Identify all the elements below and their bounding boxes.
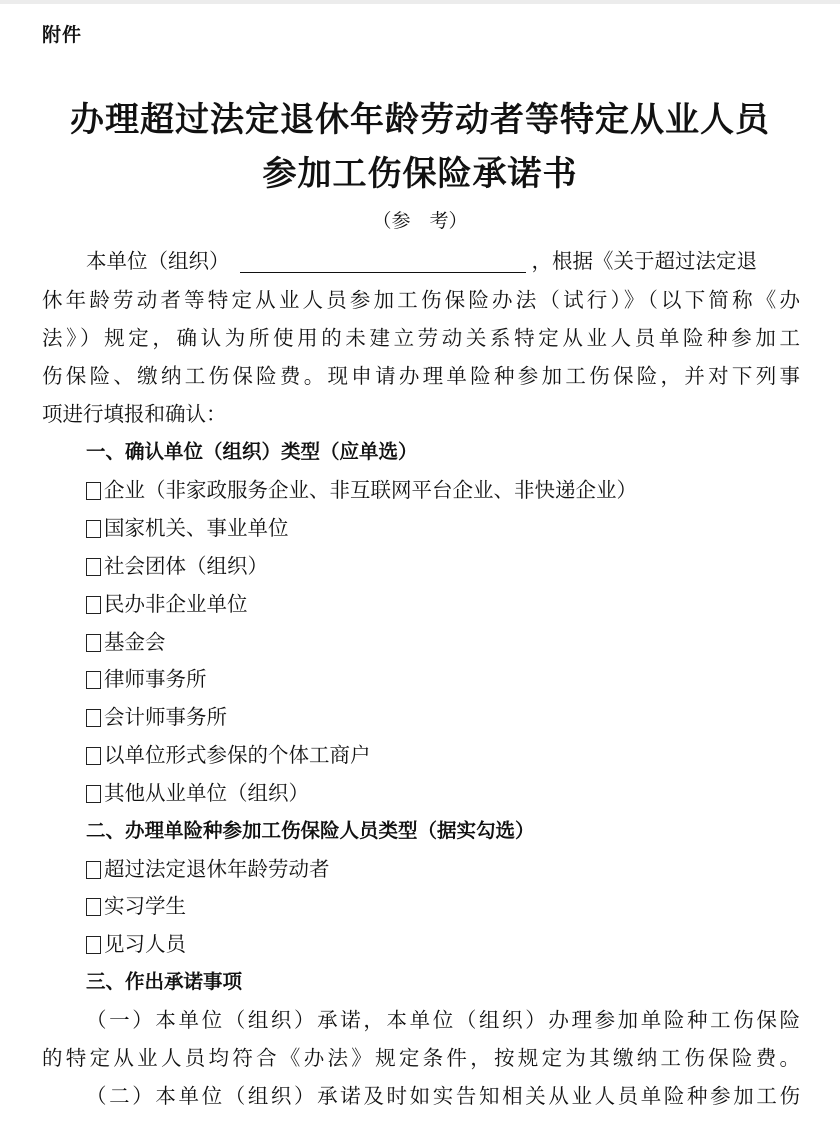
checkbox-icon[interactable]: [86, 709, 101, 727]
checkbox-icon[interactable]: [86, 747, 101, 765]
org-type-option-enterprise[interactable]: 企业（非家政服务企业、非互联网平台企业、非快递企业）: [86, 478, 840, 502]
option-label: 社会团体（组织）: [104, 554, 268, 578]
org-type-option-foundation[interactable]: 基金会: [86, 630, 840, 654]
commitment-1-line-1: （一）本单位（组织）承诺，本单位（组织）办理参加单险种工伤保险: [86, 1008, 800, 1032]
option-label: 会计师事务所: [104, 705, 227, 729]
commitment-1-line-2: 的特定从业人员均符合《办法》规定条件，按规定为其缴纳工伤保险费。: [42, 1046, 800, 1070]
checkbox-icon[interactable]: [86, 898, 101, 916]
option-label: 国家机关、事业单位: [104, 516, 289, 540]
checkbox-icon[interactable]: [86, 861, 101, 879]
option-label: 超过法定退休年龄劳动者: [104, 857, 330, 881]
section-1-heading: 一、确认单位（组织）类型（应单选）: [86, 440, 840, 464]
intro-line-3: 法》）规定，确认为所使用的未建立劳动关系特定从业人员单险种参加工: [42, 326, 800, 350]
page-top-edge: [0, 0, 840, 4]
document-title-line-1: 办理超过法定退休年龄劳动者等特定从业人员: [0, 92, 840, 141]
commitment-2-line-1: （二）本单位（组织）承诺及时如实告知相关从业人员单险种参加工伤: [86, 1084, 800, 1108]
option-label: 以单位形式参保的个体工商户: [104, 743, 371, 767]
document-subtitle: （参 考）: [0, 206, 840, 233]
intro-suffix: ，根据《关于超过法定退: [532, 249, 758, 273]
checkbox-icon[interactable]: [86, 520, 101, 538]
document-title-line-2: 参加工伤保险承诺书: [0, 146, 840, 195]
org-type-option-law-firm[interactable]: 律师事务所: [86, 667, 840, 691]
intro-line-2: 休年龄劳动者等特定从业人员参加工伤保险办法（试行）》（以下简称《办: [42, 288, 800, 312]
checkbox-icon[interactable]: [86, 596, 101, 614]
person-type-option-over-retirement-age[interactable]: 超过法定退休年龄劳动者: [86, 857, 840, 881]
org-type-option-private-non-enterprise[interactable]: 民办非企业单位: [86, 592, 840, 616]
intro-line-5: 项进行填报和确认：: [42, 402, 802, 426]
intro-prefix: 本单位（组织）: [86, 249, 230, 273]
option-label: 见习人员: [104, 932, 186, 956]
person-type-option-trainee[interactable]: 见习人员: [86, 932, 840, 956]
option-label: 实习学生: [104, 894, 186, 918]
intro-line-1: 本单位（组织） ，根据《关于超过法定退: [86, 249, 800, 273]
intro-line-4: 伤保险、缴纳工伤保险费。现申请办理单险种参加工伤保险，并对下列事: [42, 364, 800, 388]
org-type-option-individual-business[interactable]: 以单位形式参保的个体工商户: [86, 743, 840, 767]
checkbox-icon[interactable]: [86, 482, 101, 500]
person-type-option-intern-student[interactable]: 实习学生: [86, 894, 840, 918]
option-label: 其他从业单位（组织）: [104, 781, 309, 805]
checkbox-icon[interactable]: [86, 671, 101, 689]
org-type-option-social-group[interactable]: 社会团体（组织）: [86, 554, 840, 578]
org-type-option-government[interactable]: 国家机关、事业单位: [86, 516, 840, 540]
org-type-option-accounting-firm[interactable]: 会计师事务所: [86, 705, 840, 729]
organization-name-field[interactable]: [240, 250, 526, 273]
option-label: 民办非企业单位: [104, 592, 248, 616]
org-type-option-other[interactable]: 其他从业单位（组织）: [86, 781, 840, 805]
option-label: 基金会: [104, 630, 166, 654]
checkbox-icon[interactable]: [86, 558, 101, 576]
checkbox-icon[interactable]: [86, 936, 101, 954]
attachment-label: 附件: [42, 20, 82, 47]
section-3-heading: 三、作出承诺事项: [86, 970, 840, 994]
section-2-heading: 二、办理单险种参加工伤保险人员类型（据实勾选）: [86, 819, 840, 843]
option-label: 律师事务所: [104, 667, 207, 691]
checkbox-icon[interactable]: [86, 785, 101, 803]
option-label: 企业（非家政服务企业、非互联网平台企业、非快递企业）: [104, 478, 637, 502]
checkbox-icon[interactable]: [86, 634, 101, 652]
